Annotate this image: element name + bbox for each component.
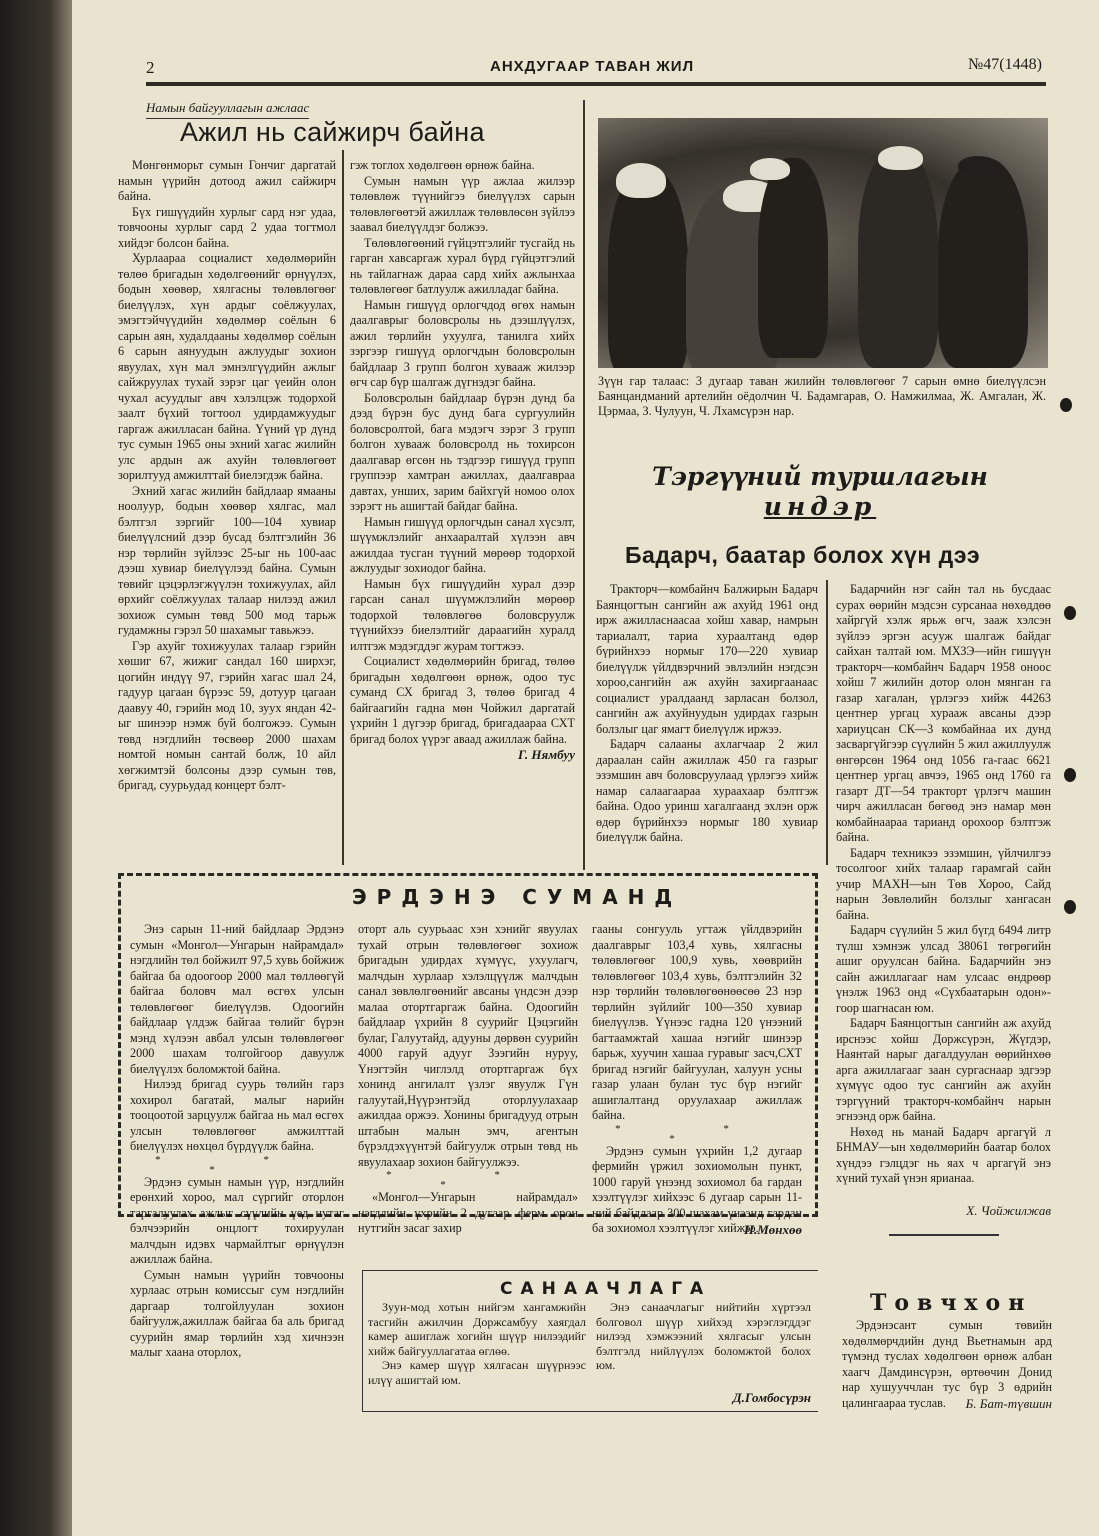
paragraph: Бадарч сүүлийн 5 жил бүгд 6494 литр түлш…	[836, 923, 1051, 1016]
paragraph: Эрдэнэ сумын намын үүр, нэгдлийн ерөнхий…	[130, 1175, 344, 1268]
erdene-box-title: ЭРДЭНЭ СУМАНД	[352, 885, 682, 909]
paragraph: Гэр ахуйг тохижуулах талаар гэрийн хөшиг…	[118, 639, 336, 794]
punch-hole	[1064, 768, 1076, 782]
paragraph: Энэ сарын 11-ний байдлаар Эрдэнэ сумын «…	[130, 922, 344, 1077]
separator-stars: * * *	[130, 1155, 344, 1175]
paragraph: Сумын намын үүр ажлаа жилээр төлөвлөж тү…	[350, 174, 575, 236]
header-rule	[146, 82, 1046, 86]
rubric-line-2: индэр	[650, 492, 990, 522]
column-divider	[826, 580, 828, 865]
rubric-line-1: Тэргүүний туршлагын	[650, 462, 990, 492]
paragraph: Бадарч салааны ахлагчаар 2 жил дараалан …	[596, 737, 818, 846]
paragraph: Социалист хөдөлмөрийн бригад, төлөө бриг…	[350, 654, 575, 747]
paragraph: Нилээд бригад суурь төлийн гарз хохирол …	[130, 1077, 344, 1155]
article2-rubric: Тэргүүний туршлагын индэр	[650, 462, 990, 528]
article1-title: Ажил нь сайжирч байна	[180, 117, 485, 148]
paragraph: Намын гишүүд орлогчдод өгөх намын даалга…	[350, 298, 575, 391]
short-news-body: Эрдэнэсант сумын төвийн хөдөлмөрчдийн ду…	[842, 1318, 1052, 1412]
article1-column-2: гэж тоглох хөдөлгөөн өрнөж байна. Сумын …	[350, 158, 575, 763]
newspaper-title: АНХДУГААР ТАВАН ЖИЛ	[490, 58, 694, 75]
page-number: 2	[146, 58, 155, 78]
sanaachlaga-title: САНААЧЛАГА	[500, 1279, 711, 1299]
article1-column-1: Мөнгөнморьт сумын Гончиг даргатай намын …	[118, 158, 336, 794]
paragraph: Нөхөд нь манай Бадарч аргагүй л БНМАУ—ын…	[836, 1125, 1051, 1187]
paragraph: «Монгол—Унгарын найрамдал» нэгдлийн үхри…	[358, 1190, 578, 1237]
paragraph: Бадарч Баянцогтын сангийн аж ахуйд ирснэ…	[836, 1016, 1051, 1125]
sanaachlaga-author: Д.Гомбосүрэн	[596, 1391, 811, 1406]
paragraph: оторт аль суурьаас хэн хэнийг явуулах ту…	[358, 922, 578, 1170]
erdene-column-2: оторт аль суурьаас хэн хэнийг явуулах ту…	[358, 922, 578, 1237]
photo-women-workers	[598, 118, 1048, 368]
paragraph: Бүх гишүүдийн хурлыг сард нэг удаа, товч…	[118, 205, 336, 252]
column-divider	[583, 100, 585, 870]
paragraph: Намын бүх гишүүдийн хурал дээр гарсан са…	[350, 577, 575, 655]
paragraph: Сумын намын үүрийн товчооны хурлаас отры…	[130, 1268, 344, 1361]
paragraph: Энэ санаачлагыг нийтийн хүртээл болговол…	[596, 1300, 811, 1373]
punch-hole	[1064, 606, 1076, 620]
paragraph: Бадарч техникээ эзэмшин, үйлчилгээ тосол…	[836, 846, 1051, 924]
paragraph: Боловсролын байдлаар бүрэн дунд ба дээд …	[350, 391, 575, 515]
paragraph: Намын гишүүд орлогчдын санал хүсэлт, шүү…	[350, 515, 575, 577]
paragraph: Бадарчийн нэг сайн тал нь бусдаас сурах …	[836, 582, 1051, 846]
separator-stars: * * *	[592, 1124, 802, 1144]
issue-number: №47(1448)	[968, 56, 1042, 74]
punch-hole	[1064, 900, 1076, 914]
punch-hole	[1060, 398, 1072, 412]
paragraph: Эхний хагас жилийн байдлаар ямааны ноолу…	[118, 484, 336, 639]
paragraph: Мөнгөнморьт сумын Гончиг даргатай намын …	[118, 158, 336, 205]
sanaachlaga-column-1: Зуун-мод хотын нийгэм хангамжийн тасгийн…	[368, 1300, 586, 1387]
column-divider	[342, 150, 344, 865]
paragraph: гэж тоглох хөдөлгөөн өрнөж байна.	[350, 158, 575, 174]
article1-author: Г. Нямбуу	[350, 747, 575, 763]
paragraph: Зуун-мод хотын нийгэм хангамжийн тасгийн…	[368, 1300, 586, 1358]
short-news-title: Товчхон	[870, 1290, 1032, 1316]
scan-edge	[0, 0, 72, 1536]
separator-stars: * * *	[358, 1170, 578, 1190]
paragraph: Төлөвлөгөөний гүйцэтгэлийг тусгайд нь га…	[350, 236, 575, 298]
sanaachlaga-column-2: Энэ санаачлагыг нийтийн хүртээл болговол…	[596, 1300, 811, 1405]
paragraph: Хурлаараа социалист хөдөлмөрийн төлөө бр…	[118, 251, 336, 484]
article2-column-2: Бадарчийн нэг сайн тал нь бусдаас сурах …	[836, 582, 1051, 1236]
article2-title: Бадарч, баатар болох хүн дээ	[625, 542, 980, 569]
erdene-column-3: гааны сонгууль угтаж үйлдвэрийн даалгавр…	[592, 922, 802, 1237]
separator-rule	[889, 1234, 999, 1236]
article2-column-1: Тракторч—комбайнч Балжирын Бадарч Баянцо…	[596, 582, 818, 846]
paragraph: Энэ камер шүүр хялгасан шүүрнээс илүү аш…	[368, 1358, 586, 1387]
paragraph: Тракторч—комбайнч Балжирын Бадарч Баянцо…	[596, 582, 818, 737]
paragraph: гааны сонгууль угтаж үйлдвэрийн даалгавр…	[592, 922, 802, 1124]
article2-author: Х. Чойжилжав	[836, 1203, 1051, 1219]
photo-caption: Зүүн гар талаас: 3 дугаар таван жилийн т…	[598, 374, 1046, 419]
erdene-column-1: Энэ сарын 11-ний байдлаар Эрдэнэ сумын «…	[130, 922, 344, 1361]
